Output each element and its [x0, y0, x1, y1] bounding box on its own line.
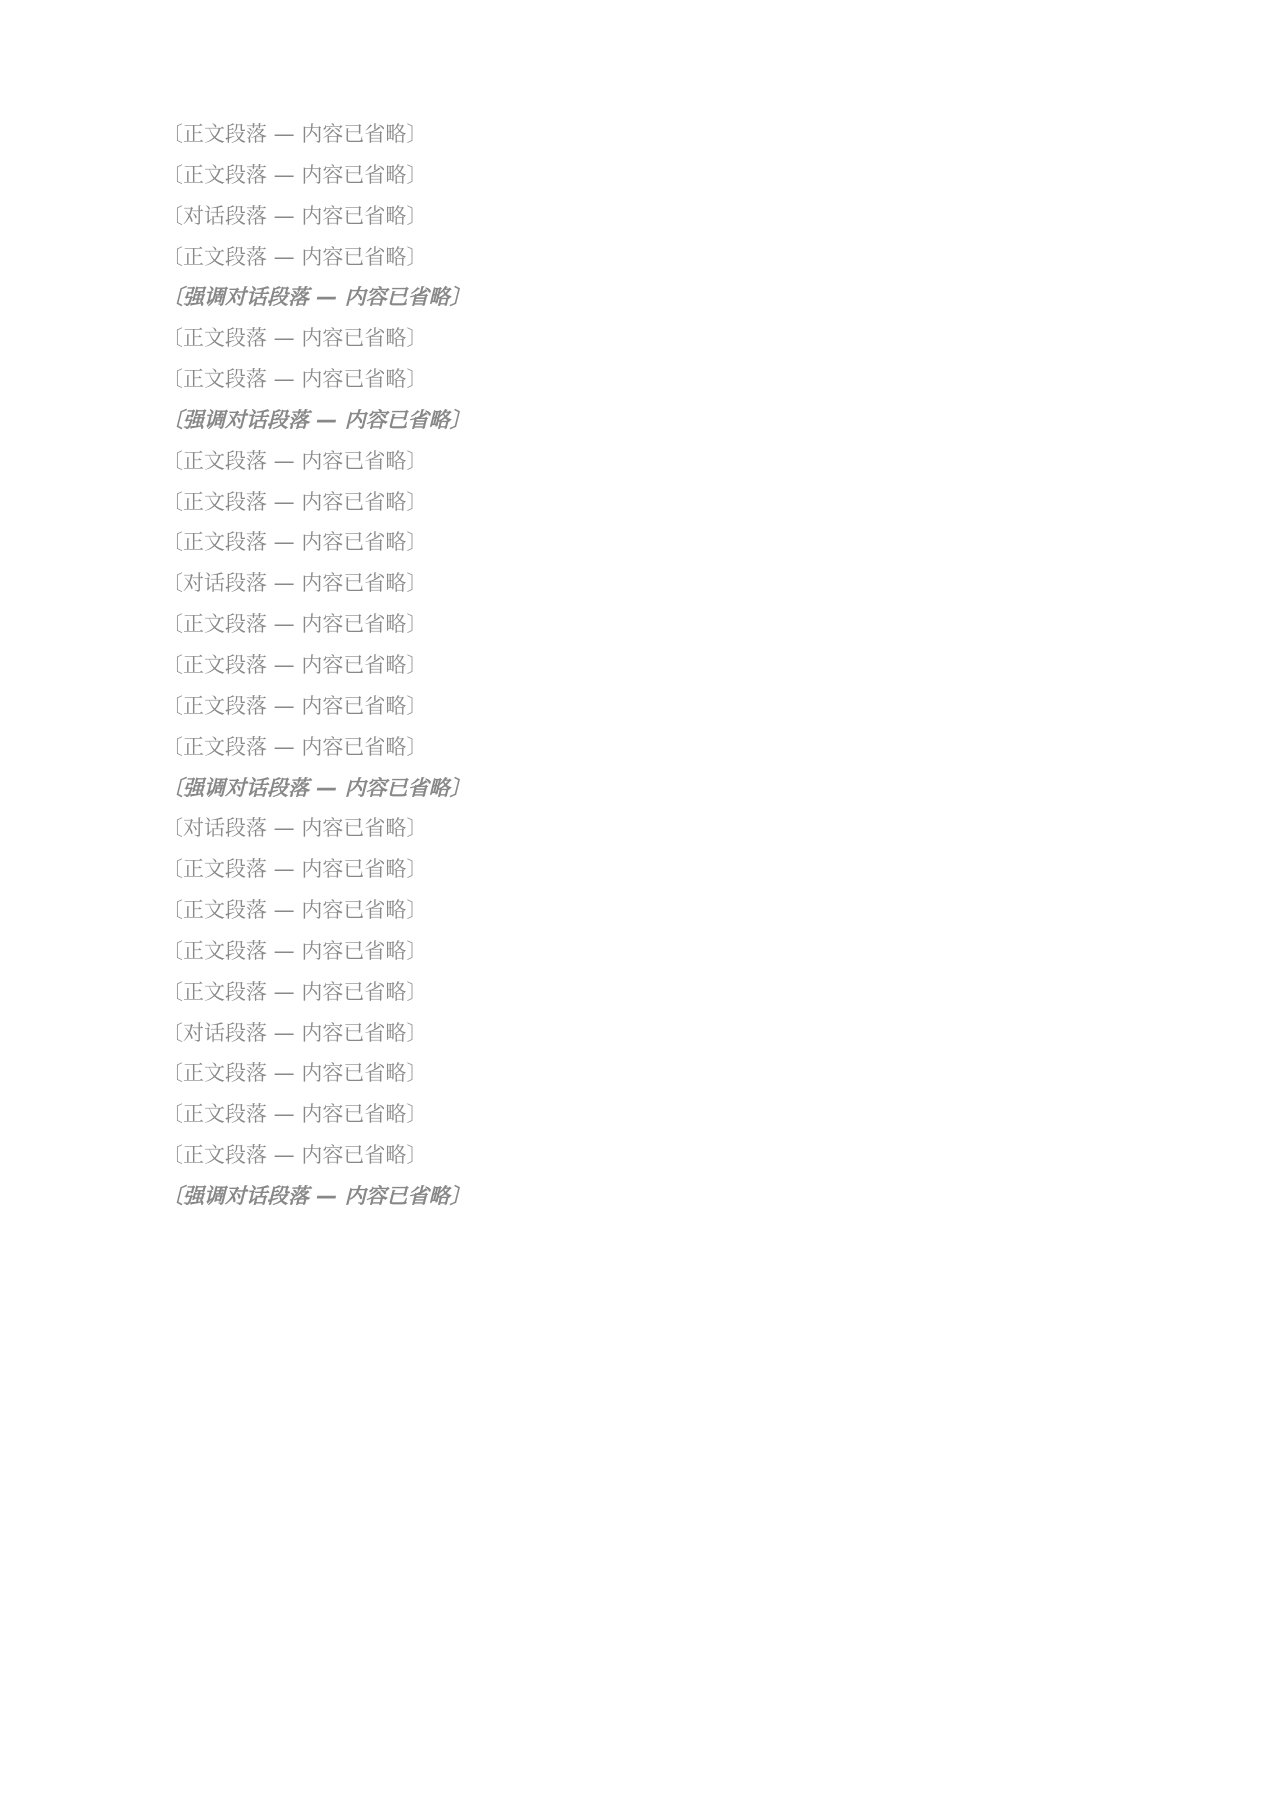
text-paragraph: 〔正文段落 — 内容已省略〕 — [120, 1136, 1160, 1175]
text-paragraph: 〔正文段落 — 内容已省略〕 — [120, 728, 1160, 767]
text-paragraph: 〔对话段落 — 内容已省略〕 — [120, 1014, 1160, 1053]
text-paragraph: 〔正文段落 — 内容已省略〕 — [120, 687, 1160, 726]
text-paragraph: 〔正文段落 — 内容已省略〕 — [120, 1095, 1160, 1134]
text-paragraph: 〔正文段落 — 内容已省略〕 — [120, 973, 1160, 1012]
text-paragraph: 〔正文段落 — 内容已省略〕 — [120, 523, 1160, 562]
paragraph-container: 〔正文段落 — 内容已省略〕〔正文段落 — 内容已省略〕〔对话段落 — 内容已省… — [120, 115, 1160, 1216]
text-paragraph: 〔强调对话段落 — 内容已省略〕 — [120, 401, 1160, 440]
text-paragraph: 〔正文段落 — 内容已省略〕 — [120, 442, 1160, 481]
text-paragraph: 〔对话段落 — 内容已省略〕 — [120, 809, 1160, 848]
text-paragraph: 〔正文段落 — 内容已省略〕 — [120, 605, 1160, 644]
text-paragraph: 〔正文段落 — 内容已省略〕 — [120, 319, 1160, 358]
text-paragraph: 〔正文段落 — 内容已省略〕 — [120, 932, 1160, 971]
text-paragraph: 〔正文段落 — 内容已省略〕 — [120, 483, 1160, 522]
text-paragraph: 〔强调对话段落 — 内容已省略〕 — [120, 1177, 1160, 1216]
text-paragraph: 〔正文段落 — 内容已省略〕 — [120, 891, 1160, 930]
text-paragraph: 〔正文段落 — 内容已省略〕 — [120, 238, 1160, 277]
text-paragraph: 〔正文段落 — 内容已省略〕 — [120, 850, 1160, 889]
text-paragraph: 〔正文段落 — 内容已省略〕 — [120, 156, 1160, 195]
text-paragraph: 〔强调对话段落 — 内容已省略〕 — [120, 278, 1160, 317]
text-paragraph: 〔正文段落 — 内容已省略〕 — [120, 360, 1160, 399]
novel-page: 〔正文段落 — 内容已省略〕〔正文段落 — 内容已省略〕〔对话段落 — 内容已省… — [0, 0, 1280, 1817]
text-paragraph: 〔对话段落 — 内容已省略〕 — [120, 564, 1160, 603]
text-paragraph: 〔对话段落 — 内容已省略〕 — [120, 197, 1160, 236]
text-paragraph: 〔强调对话段落 — 内容已省略〕 — [120, 769, 1160, 808]
text-paragraph: 〔正文段落 — 内容已省略〕 — [120, 115, 1160, 154]
text-paragraph: 〔正文段落 — 内容已省略〕 — [120, 646, 1160, 685]
text-paragraph: 〔正文段落 — 内容已省略〕 — [120, 1054, 1160, 1093]
